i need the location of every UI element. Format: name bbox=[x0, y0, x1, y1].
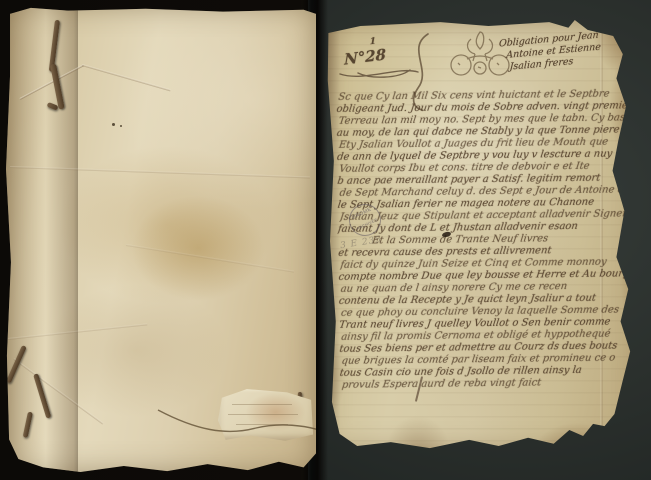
cover-crack-line bbox=[156, 396, 321, 446]
manuscript-photograph: N°28 1 Obligation pour JeanAntoine et Es… bbox=[0, 0, 651, 480]
crease-line bbox=[126, 244, 294, 273]
parchment-cover bbox=[6, 6, 316, 472]
ink-fleck bbox=[120, 125, 122, 127]
manuscript-page: N°28 1 Obligation pour JeanAntoine et Es… bbox=[322, 20, 642, 452]
folio-number-superscript: 1 bbox=[370, 37, 376, 48]
ink-fleck bbox=[112, 123, 115, 126]
manuscript-line: provuls Espera aurd de reba vingt faict bbox=[341, 377, 605, 392]
crease-line bbox=[82, 64, 171, 91]
